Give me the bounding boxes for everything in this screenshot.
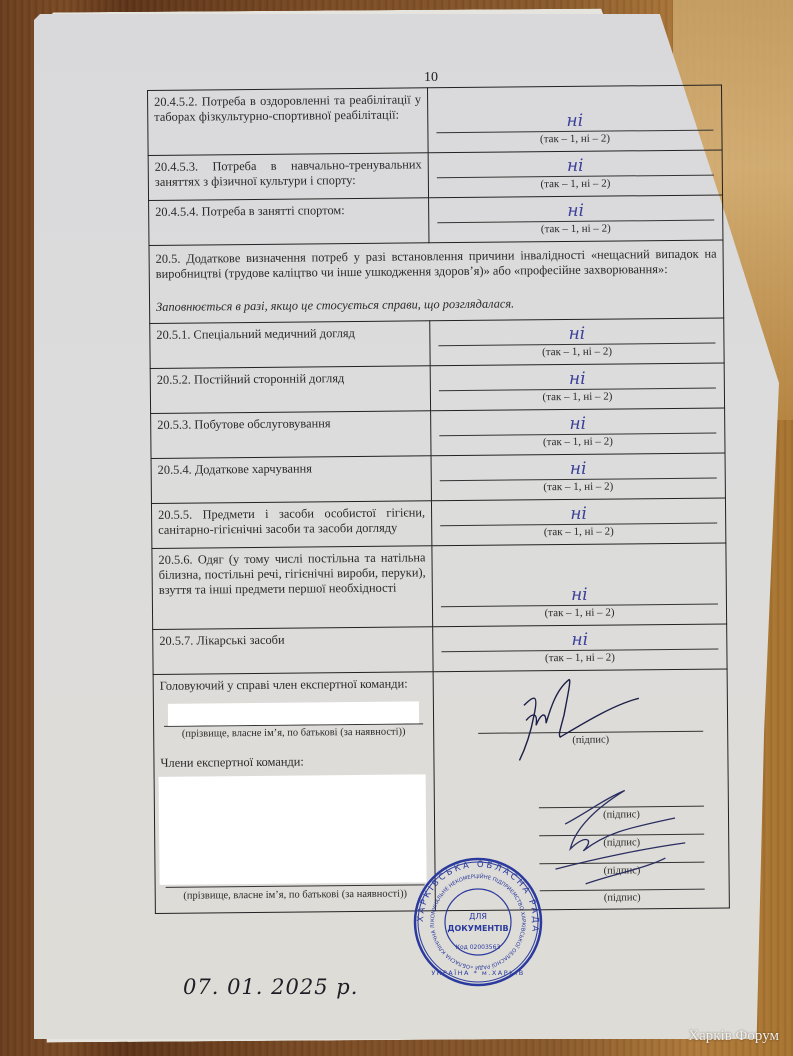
- table-row: 20.5.4. Додаткове харчуванняні(так – 1, …: [151, 453, 725, 504]
- answer-field: ні: [439, 415, 716, 437]
- question-label: 20.5.2. Постійний сторонній догляд: [150, 366, 430, 414]
- member-signature-1: (підпис): [535, 805, 708, 824]
- table-row: 20.4.5.2. Потреба в оздоровленні та реаб…: [148, 85, 723, 156]
- handwritten-answer: ні: [571, 587, 588, 604]
- members-label: Члени експертної команди:: [160, 753, 427, 771]
- members-names-field: [161, 774, 429, 889]
- question-label: 20.5.4. Додаткове харчування: [151, 456, 431, 504]
- stamp-center-line-2: ДОКУМЕНТІВ: [447, 924, 508, 933]
- table-row: 20.5.3. Побутове обслуговуванняні(так – …: [151, 408, 725, 459]
- answer-cell: ні(так – 1, ні – 2): [428, 150, 722, 198]
- assessment-form: 20.4.5.2. Потреба в оздоровленні та реаб…: [147, 84, 735, 914]
- member-signature-hint-4: (підпис): [536, 890, 709, 907]
- question-label: 20.4.5.4. Потреба в занятті спортом:: [149, 198, 429, 246]
- handwritten-answer: ні: [567, 158, 584, 175]
- question-label: 20.4.5.3. Потреба в навчально-тренувальн…: [148, 153, 428, 201]
- answer-field: ні: [440, 505, 717, 527]
- member-signature-3: (підпис): [535, 861, 708, 880]
- handwritten-answer: ні: [570, 461, 587, 478]
- chair-signature-hint: (підпис): [474, 732, 707, 749]
- table-row: 20.5.5. Предмети і засоби особистої гігі…: [151, 498, 725, 549]
- answer-hint: (так – 1, ні – 2): [435, 222, 716, 238]
- stamp-bottom-text: УКРАЇНА * м.ХАРКІВ: [431, 968, 524, 977]
- answer-field: ні: [441, 586, 718, 608]
- member-signature-2: (підпис): [535, 833, 708, 852]
- members-name-hint: (прізвище, власне ім’я, по батькові (за …: [162, 886, 429, 904]
- answer-field: ні: [440, 460, 717, 482]
- table-row: 20.5.6. Одяг (у тому числі постільна та …: [152, 543, 727, 630]
- question-label: 20.4.5.2. Потреба в оздоровленні та реаб…: [148, 88, 429, 156]
- official-stamp: ХАРКІВСЬКА ОБЛАСНА РАДА КОМУНАЛЬНЕ НЕКОМ…: [413, 857, 543, 987]
- question-label: 20.5.1. Спеціальний медичний догляд: [150, 321, 430, 369]
- table-row: 20.4.5.4. Потреба в занятті спортом:ні(т…: [149, 195, 723, 246]
- handwritten-answer: ні: [566, 113, 583, 130]
- answer-cell: ні(так – 1, ні – 2): [431, 453, 725, 501]
- answer-cell: ні(так – 1, ні – 2): [433, 624, 727, 672]
- handwritten-answer: ні: [571, 632, 588, 649]
- question-label: 20.5.6. Одяг (у тому числі постільна та …: [152, 546, 433, 630]
- table-row: 20.4.5.3. Потреба в навчально-тренувальн…: [148, 150, 722, 201]
- chair-label: Головуючий у справі член експертної кома…: [160, 676, 427, 694]
- answer-hint: (так – 1, ні – 2): [437, 390, 718, 406]
- handwritten-answer: ні: [569, 371, 586, 388]
- answer-hint: (так – 1, ні – 2): [438, 480, 719, 496]
- answer-hint: (так – 1, ні – 2): [439, 606, 720, 622]
- answer-hint: (так – 1, ні – 2): [436, 345, 717, 361]
- table-row: 20.5.1. Спеціальний медичний доглядні(та…: [150, 318, 724, 369]
- member-signature-4: (підпис): [536, 888, 709, 907]
- answer-cell: ні(так – 1, ні – 2): [427, 85, 722, 153]
- names-cell: Головуючий у справі член експертної кома…: [153, 672, 435, 914]
- answer-field: ні: [437, 202, 714, 224]
- section-intro-text: 20.5. Додаткове визначення потреб у разі…: [156, 247, 717, 282]
- section-note-text: Заповнюється в разі, якщо це стосується …: [156, 295, 717, 315]
- handwritten-answer: ні: [569, 416, 586, 433]
- handwritten-answer: ні: [568, 326, 585, 343]
- chair-name-field: [164, 705, 423, 726]
- answer-hint: (так – 1, ні – 2): [437, 435, 718, 451]
- answer-field: ні: [439, 370, 716, 392]
- question-label: 20.5.5. Предмети і засоби особистої гігі…: [151, 501, 431, 549]
- question-label: 20.5.3. Побутове обслуговування: [151, 411, 431, 459]
- member-signature-hint-1: (підпис): [535, 807, 708, 824]
- answer-cell: ні(так – 1, ні – 2): [430, 363, 724, 411]
- answer-hint: (так – 1, ні – 2): [434, 132, 715, 148]
- handwritten-date: 07. 01. 2025 р.: [183, 975, 358, 999]
- stamp-code: Код 02003563: [456, 944, 501, 951]
- answer-hint: (так – 1, ні – 2): [439, 651, 720, 667]
- handwritten-answer: ні: [570, 506, 587, 523]
- chair-handwritten-signature: [494, 674, 655, 766]
- answer-cell: ні(так – 1, ні – 2): [432, 543, 727, 627]
- redacted-member-names: [159, 774, 427, 885]
- section-20-5-header: 20.5. Додаткове визначення потреб у разі…: [149, 240, 724, 324]
- answer-field: ні: [438, 325, 715, 347]
- needs-table: 20.4.5.2. Потреба в оздоровленні та реаб…: [147, 84, 730, 913]
- answer-hint: (так – 1, ні – 2): [435, 177, 716, 193]
- watermark: Харків Форум: [688, 1028, 779, 1045]
- answer-cell: ні(так – 1, ні – 2): [431, 408, 725, 456]
- answer-field: ні: [437, 157, 714, 179]
- table-row: 20.5.2. Постійний сторонній доглядні(так…: [150, 363, 724, 414]
- member-signature-hint-2: (підпис): [535, 835, 708, 852]
- answer-cell: ні(так – 1, ні – 2): [431, 498, 725, 546]
- chair-name-hint: (прізвище, власне ім’я, по батькові (за …: [160, 724, 427, 742]
- handwritten-answer: ні: [567, 203, 584, 220]
- stamp-center-line-1: ДЛЯ: [469, 912, 487, 921]
- table-row: 20.5.7. Лікарські засобині(так – 1, ні –…: [153, 624, 727, 675]
- answer-cell: ні(так – 1, ні – 2): [429, 195, 723, 243]
- chair-signature-field: (підпис): [474, 730, 707, 749]
- answer-field: ні: [441, 631, 718, 653]
- answer-field: ні: [436, 112, 713, 134]
- page-number: 10: [424, 70, 438, 86]
- redacted-chair-name: [168, 701, 419, 725]
- answer-hint: (так – 1, ні – 2): [438, 525, 719, 541]
- question-label: 20.5.7. Лікарські засоби: [153, 627, 433, 675]
- member-signature-hint-3: (підпис): [535, 863, 708, 880]
- answer-cell: ні(так – 1, ні – 2): [430, 318, 724, 366]
